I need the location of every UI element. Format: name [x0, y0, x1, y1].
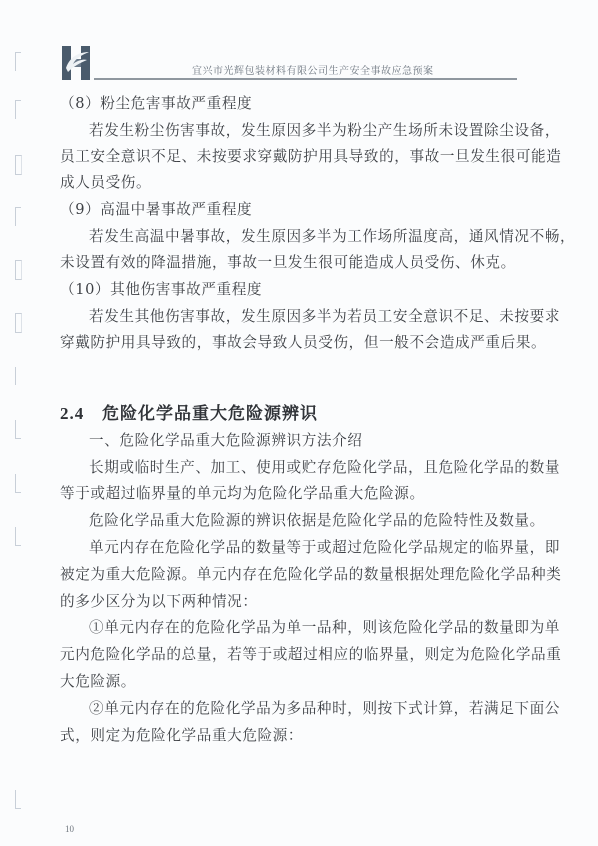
page-number: 10 — [65, 824, 74, 834]
header-company-title: 宜兴市光辉包装材料有限公司生产安全事故应急预案 — [192, 62, 434, 77]
paragraph-line: 若发生其他伤害事故，发生原因多半为若员工安全意识不足、未按要求 — [89, 308, 560, 326]
paragraph-line: 的多少区分为以下两种情况： — [60, 593, 258, 611]
subheading-other-injury: （10）其他伤害事故严重程度 — [60, 281, 262, 299]
binding-mark — [15, 527, 21, 546]
paragraph-line: 员工安全意识不足、未按要求穿戴防护用具导致的，事故一旦发生很可能造 — [60, 148, 561, 166]
binding-mark — [15, 313, 22, 333]
paragraph-line: 若发生粉尘伤害事故，发生原因多半为粉尘产生场所未设置除尘设备， — [89, 122, 560, 140]
paragraph-line: 式，则定为危险化学品重大危险源： — [60, 727, 303, 745]
section-title-2-4: 2.4危险化学品重大危险源辨识 — [60, 399, 318, 424]
paragraph-line: 被定为重大危险源。单元内存在危险化学品的数量根据处理危险化学品种类 — [60, 566, 561, 584]
paragraph-line: 长期或临时生产、加工、使用或贮存危险化学品，且危险化学品的数量 — [89, 459, 560, 477]
paragraph-line: 未设置有效的降温措施，事故一旦发生很可能造成人员受伤、休克。 — [60, 254, 516, 272]
binding-mark — [15, 474, 21, 493]
binding-mark — [15, 367, 21, 385]
subheading-dust-hazard: （8）粉尘危害事故严重程度 — [60, 95, 252, 113]
paragraph-line: 单元内存在危险化学品的数量等于或超过危险化学品规定的临界量，即 — [89, 539, 560, 557]
paragraph-line: 若发生高温中暑事故，发生原因多半为工作场所温度高，通风情况不畅， — [89, 228, 575, 246]
binding-mark — [15, 100, 21, 119]
paragraph-line: 等于或超过临界量的单元均为危险化学品重大危险源。 — [60, 485, 425, 503]
binding-mark — [15, 260, 22, 280]
paragraph-line: 成人员受伤。 — [60, 174, 151, 192]
paragraph-line: ②单元内存在的危险化学品为多品种时，则按下式计算，若满足下面公 — [89, 700, 560, 718]
paragraph-line: 危险化学品重大危险源的辨识依据是危险化学品的危险特性及数量。 — [89, 512, 545, 530]
company-logo-icon — [62, 46, 90, 80]
header-divider — [94, 78, 517, 80]
subheading-heatstroke: （9）高温中暑事故严重程度 — [60, 201, 252, 219]
page-header: 宜兴市光辉包装材料有限公司生产安全事故应急预案 — [62, 46, 520, 84]
paragraph-line: 元内危险化学品的总量，若等于或超过相应的临界量，则定为危险化学品重 — [60, 646, 561, 664]
section-title-text: 危险化学品重大危险源辨识 — [102, 404, 318, 424]
subheading-method-intro: 一、危险化学品重大危险源辨识方法介绍 — [89, 432, 363, 450]
paragraph-line: 大危险源。 — [60, 673, 136, 691]
binding-mark — [15, 207, 21, 226]
binding-mark — [15, 790, 21, 809]
binding-mark — [15, 420, 21, 439]
binding-mark — [15, 155, 22, 175]
paragraph-line: ①单元内存在的危险化学品为单一品种，则该危险化学品的数量即为单 — [89, 619, 560, 637]
binding-mark — [15, 52, 21, 71]
paragraph-line: 穿戴防护用具导致的，事故会导致人员受伤，但一般不会造成严重后果。 — [60, 334, 546, 352]
section-number: 2.4 — [60, 404, 102, 424]
